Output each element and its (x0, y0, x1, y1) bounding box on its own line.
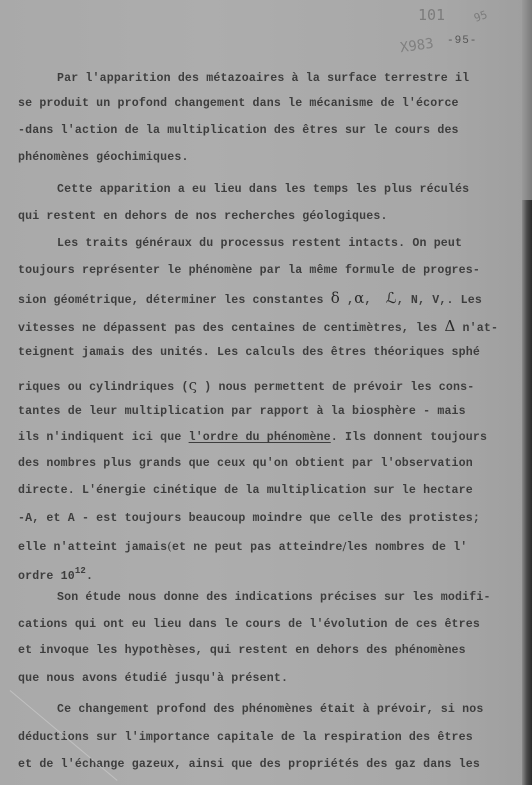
text-segment: ordre 10 (18, 570, 75, 583)
text-segment: . Ils donnent toujours (331, 431, 487, 444)
text-line: phénomènes géochimiques. (18, 151, 189, 164)
text-segment: vitesses ne dépassent pas des centaines … (18, 322, 437, 335)
pencil-annotation-ref: X983 (399, 36, 435, 57)
pencil-annotation-corner: 95 (472, 8, 489, 25)
alpha-symbol: α (354, 289, 364, 307)
handwritten-symbol: ς (189, 376, 198, 394)
text-line: Cette apparition a eu lieu dans les temp… (57, 183, 469, 196)
underlined-phrase: l'ordre du phénomène (189, 431, 331, 444)
text-line: et invoque les hypothèses, qui restent e… (18, 644, 466, 657)
text-line: -dans l'action de la multiplication des … (18, 124, 459, 137)
text-segment: ) nous permettent de prévoir les cons- (197, 381, 474, 394)
text-segment: elle n'atteint jamais (18, 541, 167, 554)
text-segment: riques ou cylindriques ( (18, 381, 189, 394)
text-line: se produit un profond changement dans le… (18, 97, 459, 110)
document-page: 101 95 X983 -95- Par l'apparition des mé… (0, 0, 522, 785)
text-line: ordre 1012. (18, 566, 93, 583)
text-line: cations qui ont eu lieu dans le cours de… (18, 618, 480, 631)
text-segment: n'at- (455, 322, 498, 335)
text-line: tantes de leur multiplication par rappor… (18, 405, 466, 418)
text-line: Son étude nous donne des indications pré… (57, 591, 491, 604)
exponent: 12 (75, 566, 86, 576)
text-line: toujours représenter le phénomène par la… (18, 264, 480, 277)
pencil-annotation-top: 101 (418, 6, 445, 24)
text-line: teignent jamais des unités. Les calculs … (18, 346, 480, 359)
delta-capital-symbol: Δ (444, 317, 455, 335)
text-line: que nous avons étudié jusqu'à présent. (18, 672, 288, 685)
text-segment: . (86, 570, 93, 583)
text-segment: , N, V,. Les (397, 294, 482, 307)
text-line: -A, et A - est toujours beaucoup moindre… (18, 512, 480, 525)
page-number: -95- (447, 35, 477, 47)
text-line: Par l'apparition des métazoaires à la su… (57, 72, 469, 85)
text-segment: ils n'indiquent ici que (18, 431, 181, 444)
page-edge-top (522, 0, 532, 200)
delta-symbol: δ (331, 289, 340, 307)
text-line: elle n'atteint jamais(et ne peut pas att… (18, 539, 467, 554)
text-line: qui restent en dehors de nos recherches … (18, 210, 388, 223)
text-line-constants: sion géométrique, déterminer les constan… (18, 289, 482, 307)
text-line: des nombres plus grands que ceux qu'on o… (18, 457, 473, 470)
text-line: ils n'indiquent ici que l'ordre du phéno… (18, 431, 487, 444)
script-symbol: ℒ (386, 289, 397, 307)
text-segment: sion géométrique, déterminer les constan… (18, 294, 324, 307)
text-line: Ce changement profond des phénomènes éta… (57, 703, 483, 716)
text-line: vitesses ne dépassent pas des centaines … (18, 317, 498, 335)
text-line: Les traits généraux du processus restent… (57, 237, 462, 250)
text-line: directe. L'énergie cinétique de la multi… (18, 484, 473, 497)
text-segment: les nombres de l' (347, 541, 468, 554)
text-segment: et ne peut pas atteindre (172, 541, 343, 554)
text-line: déductions sur l'importance capitale de … (18, 731, 473, 744)
text-line: riques ou cylindriques (ς ) nous permett… (18, 376, 474, 394)
text-line: et de l'échange gazeux, ainsi que des pr… (18, 758, 480, 771)
